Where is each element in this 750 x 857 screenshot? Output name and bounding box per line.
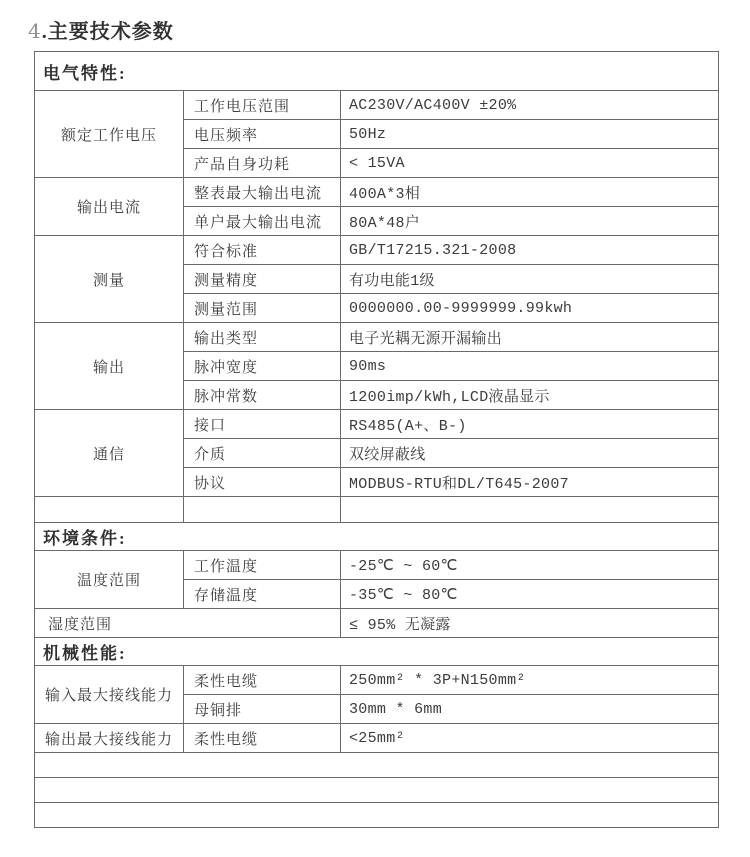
param-cell: 整表最大输出电流 xyxy=(184,178,341,207)
section-header-mechanical: 机械性能: xyxy=(35,638,719,666)
value-cell: -25℃ ~ 60℃ xyxy=(341,551,719,580)
value-cell: 400A*3相 xyxy=(341,178,719,207)
group-label-cell: 湿度范围 xyxy=(35,609,341,638)
group-label-cell: 输入最大接线能力 xyxy=(35,666,184,724)
param-cell: 存储温度 xyxy=(184,580,341,609)
param-cell: 产品自身功耗 xyxy=(184,149,341,178)
value-cell: GB/T17215.321-2008 xyxy=(341,236,719,265)
param-cell: 脉冲宽度 xyxy=(184,352,341,381)
param-cell: 测量精度 xyxy=(184,265,341,294)
empty-row xyxy=(35,753,719,778)
param-cell: 脉冲常数 xyxy=(184,381,341,410)
value-cell: 30mm * 6mm xyxy=(341,695,719,724)
param-cell: 符合标准 xyxy=(184,236,341,265)
value-cell: AC230V/AC400V ±20% xyxy=(341,91,719,120)
value-cell: 250mm² * 3P+N150mm² xyxy=(341,666,719,695)
param-cell: 介质 xyxy=(184,439,341,468)
param-cell: 接口 xyxy=(184,410,341,439)
section-header-electrical: 电气特性: xyxy=(35,52,719,91)
value-cell: < 15VA xyxy=(341,149,719,178)
section-header-environment: 环境条件: xyxy=(35,523,719,551)
param-cell: 电压频率 xyxy=(184,120,341,149)
empty-row xyxy=(35,778,719,803)
page-title-text: .主要技术参数 xyxy=(42,21,174,43)
value-cell: RS485(A+、B-) xyxy=(341,410,719,439)
group-label-cell: 通信 xyxy=(35,410,184,497)
value-cell: ≤ 95% 无凝露 xyxy=(341,609,719,638)
page-title-number: 4 xyxy=(28,19,42,43)
value-cell: 双绞屏蔽线 xyxy=(341,439,719,468)
value-cell: 1200imp/kWh,LCD液晶显示 xyxy=(341,381,719,410)
param-cell: 输出类型 xyxy=(184,323,341,352)
param-cell: 柔性电缆 xyxy=(184,666,341,695)
param-cell: 工作电压范围 xyxy=(184,91,341,120)
value-cell: -35℃ ~ 80℃ xyxy=(341,580,719,609)
value-cell: 80A*48户 xyxy=(341,207,719,236)
value-cell: 50Hz xyxy=(341,120,719,149)
spec-table: 电气特性: 额定工作电压 工作电压范围 AC230V/AC400V ±20% 电… xyxy=(34,51,719,828)
param-cell: 测量范围 xyxy=(184,294,341,323)
param-cell: 母铜排 xyxy=(184,695,341,724)
group-label-cell: 输出电流 xyxy=(35,178,184,236)
value-cell: 电子光耦无源开漏输出 xyxy=(341,323,719,352)
empty-cell xyxy=(35,497,184,523)
param-cell: 协议 xyxy=(184,468,341,497)
group-label-cell: 额定工作电压 xyxy=(35,91,184,178)
empty-row xyxy=(35,803,719,828)
group-label-cell: 温度范围 xyxy=(35,551,184,609)
group-label-cell: 输出 xyxy=(35,323,184,410)
value-cell: 90ms xyxy=(341,352,719,381)
value-cell: 有功电能1级 xyxy=(341,265,719,294)
group-label-cell: 输出最大接线能力 xyxy=(35,724,184,753)
param-cell: 柔性电缆 xyxy=(184,724,341,753)
param-cell: 工作温度 xyxy=(184,551,341,580)
value-cell: MODBUS-RTU和DL/T645-2007 xyxy=(341,468,719,497)
empty-cell xyxy=(341,497,719,523)
param-cell: 单户最大输出电流 xyxy=(184,207,341,236)
value-cell: <25mm² xyxy=(341,724,719,753)
empty-cell xyxy=(184,497,341,523)
page-title: 4.主要技术参数 xyxy=(28,15,750,44)
value-cell: 0000000.00-9999999.99kwh xyxy=(341,294,719,323)
group-label-cell: 测量 xyxy=(35,236,184,323)
